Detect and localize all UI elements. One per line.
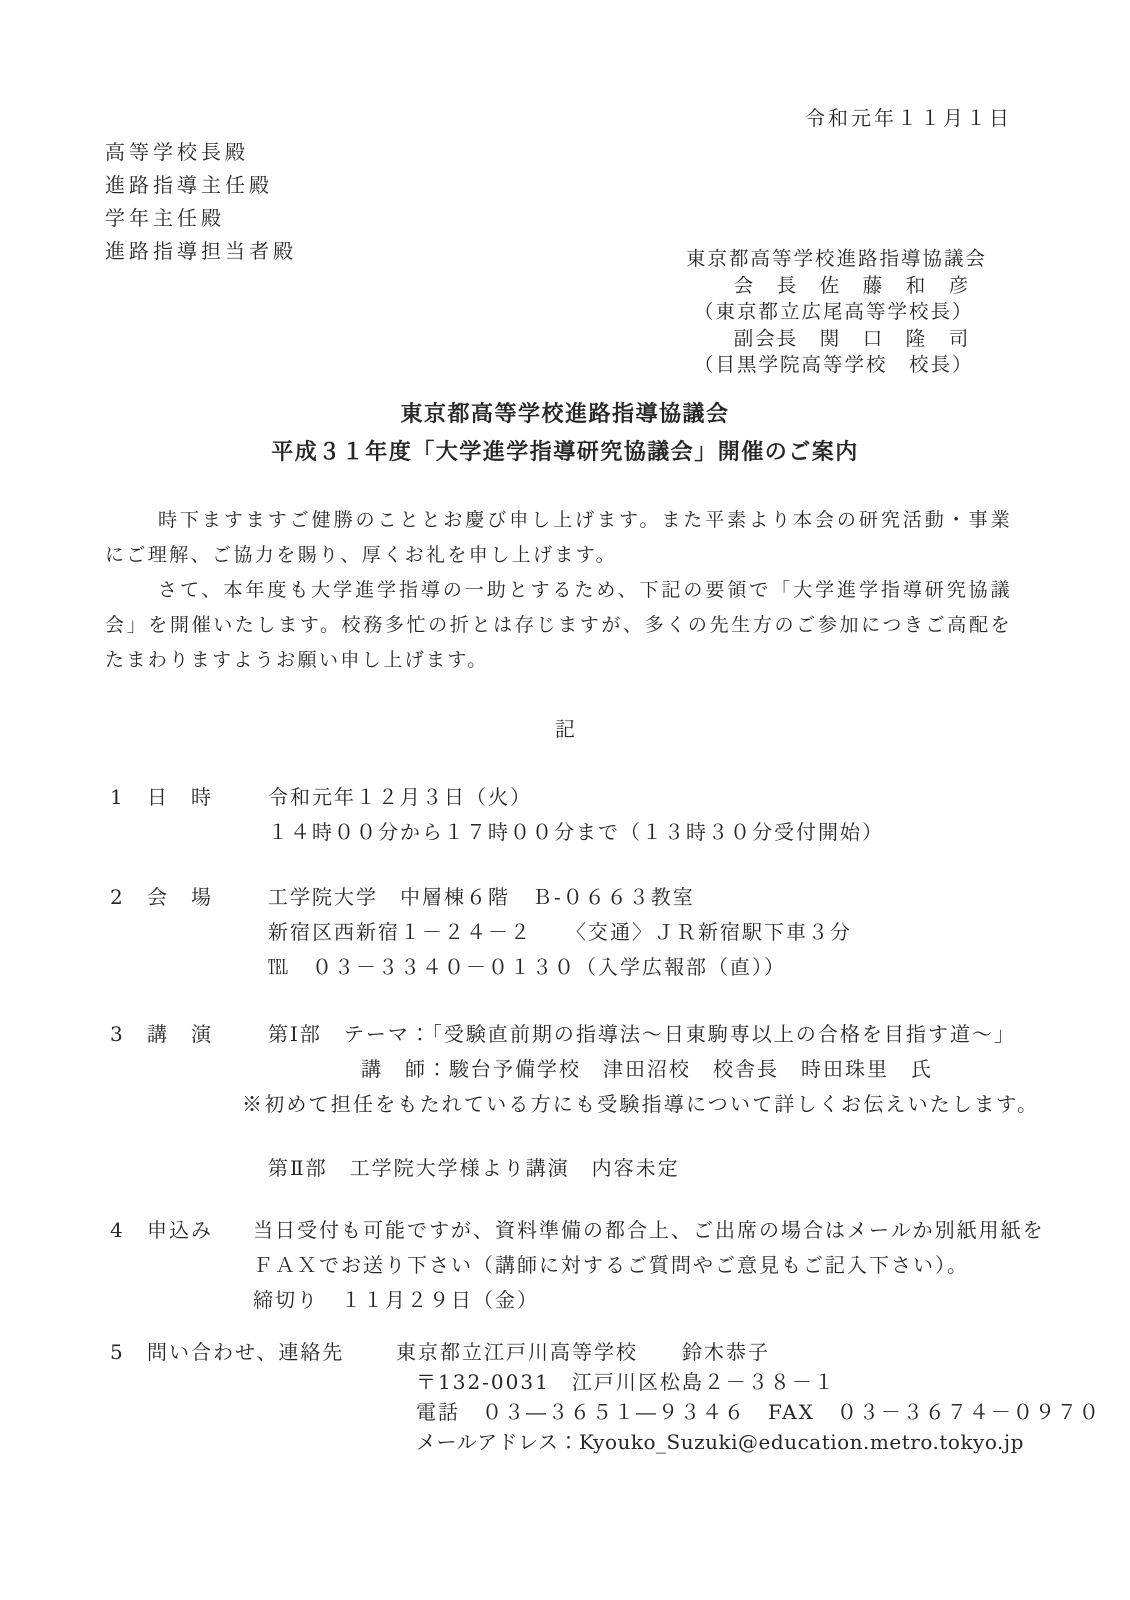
item-number: 3 [110,1017,125,1052]
item-line: 工学院大学 中層棟６階 Ｂ‐０６６３教室 [268,880,695,915]
item-label: 講 演 [147,1017,213,1052]
document-page: 令和元年１１月１日 高等学校長殿 進路指導主任殿 学年主任殿 進路指導担当者殿 … [0,0,1130,1600]
item-address-line: 〒132-0031 江戸川区松島２－３８－１ [416,1367,1130,1397]
item-head: 3 講 演 第Ⅰ部 テーマ：「受験直前期の指導法～日東駒専以上の合格を目指す道～… [0,1017,1130,1052]
item-number: 2 [110,880,125,915]
sender-vice-president: 副会長 関 口 隆 司 [686,326,1018,353]
item-datetime: 1 日 時 令和元年１２月３日（火） １４時００分から１７時００分まで（１３時３… [0,780,1130,850]
item-label: 問い合わせ、連絡先 [147,1337,344,1367]
item-line: 令和元年１２月３日（火） [268,780,532,815]
item-head: 4 申込み 当日受付も可能ですが、資料準備の都合上、ご出席の場合はメールか別紙用… [0,1213,1130,1248]
item-venue: 2 会 場 工学院大学 中層棟６階 Ｂ‐０６６３教室 新宿区西新宿１－２４－２ … [0,880,1130,985]
item-lecture: 3 講 演 第Ⅰ部 テーマ：「受験直前期の指導法～日東駒専以上の合格を目指す道～… [0,1017,1130,1186]
item-list: 1 日 時 令和元年１２月３日（火） １４時００分から１７時００分まで（１３時３… [0,780,1130,1457]
sender-president: 会 長 佐 藤 和 彦 [686,273,1018,300]
sender-president-school: （東京都立広尾高等学校長） [686,299,1018,326]
item-note-line: ※初めて担任をもたれている方にも受験指導について詳しくお伝えいたします。 [242,1087,1130,1122]
sender-vice-president-school: （目黒学院高等学校 校長） [686,352,1018,379]
document-title-line-1: 東京都高等学校進路指導協議会 [0,395,1130,433]
item-label: 会 場 [147,880,213,915]
sender-organization: 東京都高等学校進路指導協議会 [686,246,1018,273]
recipient-line: 高等学校長殿 [105,136,1130,169]
item-head: 5 問い合わせ、連絡先 東京都立江戸川高等学校 鈴木恭子 [0,1337,1130,1367]
item-number: 1 [110,780,125,815]
item-number: 5 [110,1337,125,1367]
body-paragraph: さて、本年度も大学進学指導の一助とするため、下記の要領で「大学進学指導研究協議会… [105,573,1012,678]
item-line: 第Ⅰ部 テーマ：「受験直前期の指導法～日東駒専以上の合格を目指す道～」 [268,1017,1016,1052]
item-phone-fax-line: 電話 ０３―３６５１―９３４６ FAX ０３－３６７４－０９７０ [416,1397,1130,1427]
item-label: 申込み [147,1213,213,1248]
item-application: 4 申込み 当日受付も可能ですが、資料準備の都合上、ご出席の場合はメールか別紙用… [0,1213,1130,1318]
item-head: 1 日 時 令和元年１２月３日（火） [0,780,1130,815]
item-line: １４時００分から１７時００分まで（１３時３０分受付開始） [268,815,1130,850]
item-line: 第Ⅱ部 工学院大学様より講演 内容未定 [268,1151,1130,1186]
item-line: 当日受付も可能ですが、資料準備の都合上、ご出席の場合はメールか別紙用紙を [253,1213,1045,1248]
item-email-line: メールアドレス：Kyouko_Suzuki@education.metro.to… [416,1427,1130,1457]
document-title: 東京都高等学校進路指導協議会 平成３１年度「大学進学指導研究協議会」開催のご案内 [0,395,1130,471]
item-number: 4 [110,1213,125,1248]
record-marker: 記 [0,712,1130,747]
document-date: 令和元年１１月１日 [0,104,1012,132]
recipient-line: 進路指導主任殿 [105,169,1130,202]
item-contact: 5 問い合わせ、連絡先 東京都立江戸川高等学校 鈴木恭子 〒132-0031 江… [0,1337,1130,1457]
item-head: 2 会 場 工学院大学 中層棟６階 Ｂ‐０６６３教室 [0,880,1130,915]
recipient-line: 学年主任殿 [105,202,1130,235]
item-line: 新宿区西新宿１－２４－２ 〈交通〉ＪＲ新宿駅下車３分 [268,915,1130,950]
sender-block: 東京都高等学校進路指導協議会 会 長 佐 藤 和 彦 （東京都立広尾高等学校長）… [686,246,1018,379]
item-line: 東京都立江戸川高等学校 鈴木恭子 [396,1337,770,1367]
item-line: ℡ ０３－３３４０－０１３０（入学広報部（直）） [268,950,1130,985]
item-line: ＦＡＸでお送り下さい（講師に対するご質問やご意見もご記入下さい）。 [253,1248,1130,1283]
item-deadline-line: 締切り １１月２９日（金） [253,1283,1130,1318]
document-title-line-2: 平成３１年度「大学進学指導研究協議会」開催のご案内 [0,433,1130,471]
body-text: 時下ますますご健勝のこととお慶び申し上げます。また平素より本会の研究活動・事業に… [105,503,1012,678]
body-paragraph: 時下ますますご健勝のこととお慶び申し上げます。また平素より本会の研究活動・事業に… [105,503,1012,573]
item-label: 日 時 [147,780,213,815]
item-line: 講 師：駿台予備学校 津田沼校 校舎長 時田珠里 氏 [361,1052,1130,1087]
